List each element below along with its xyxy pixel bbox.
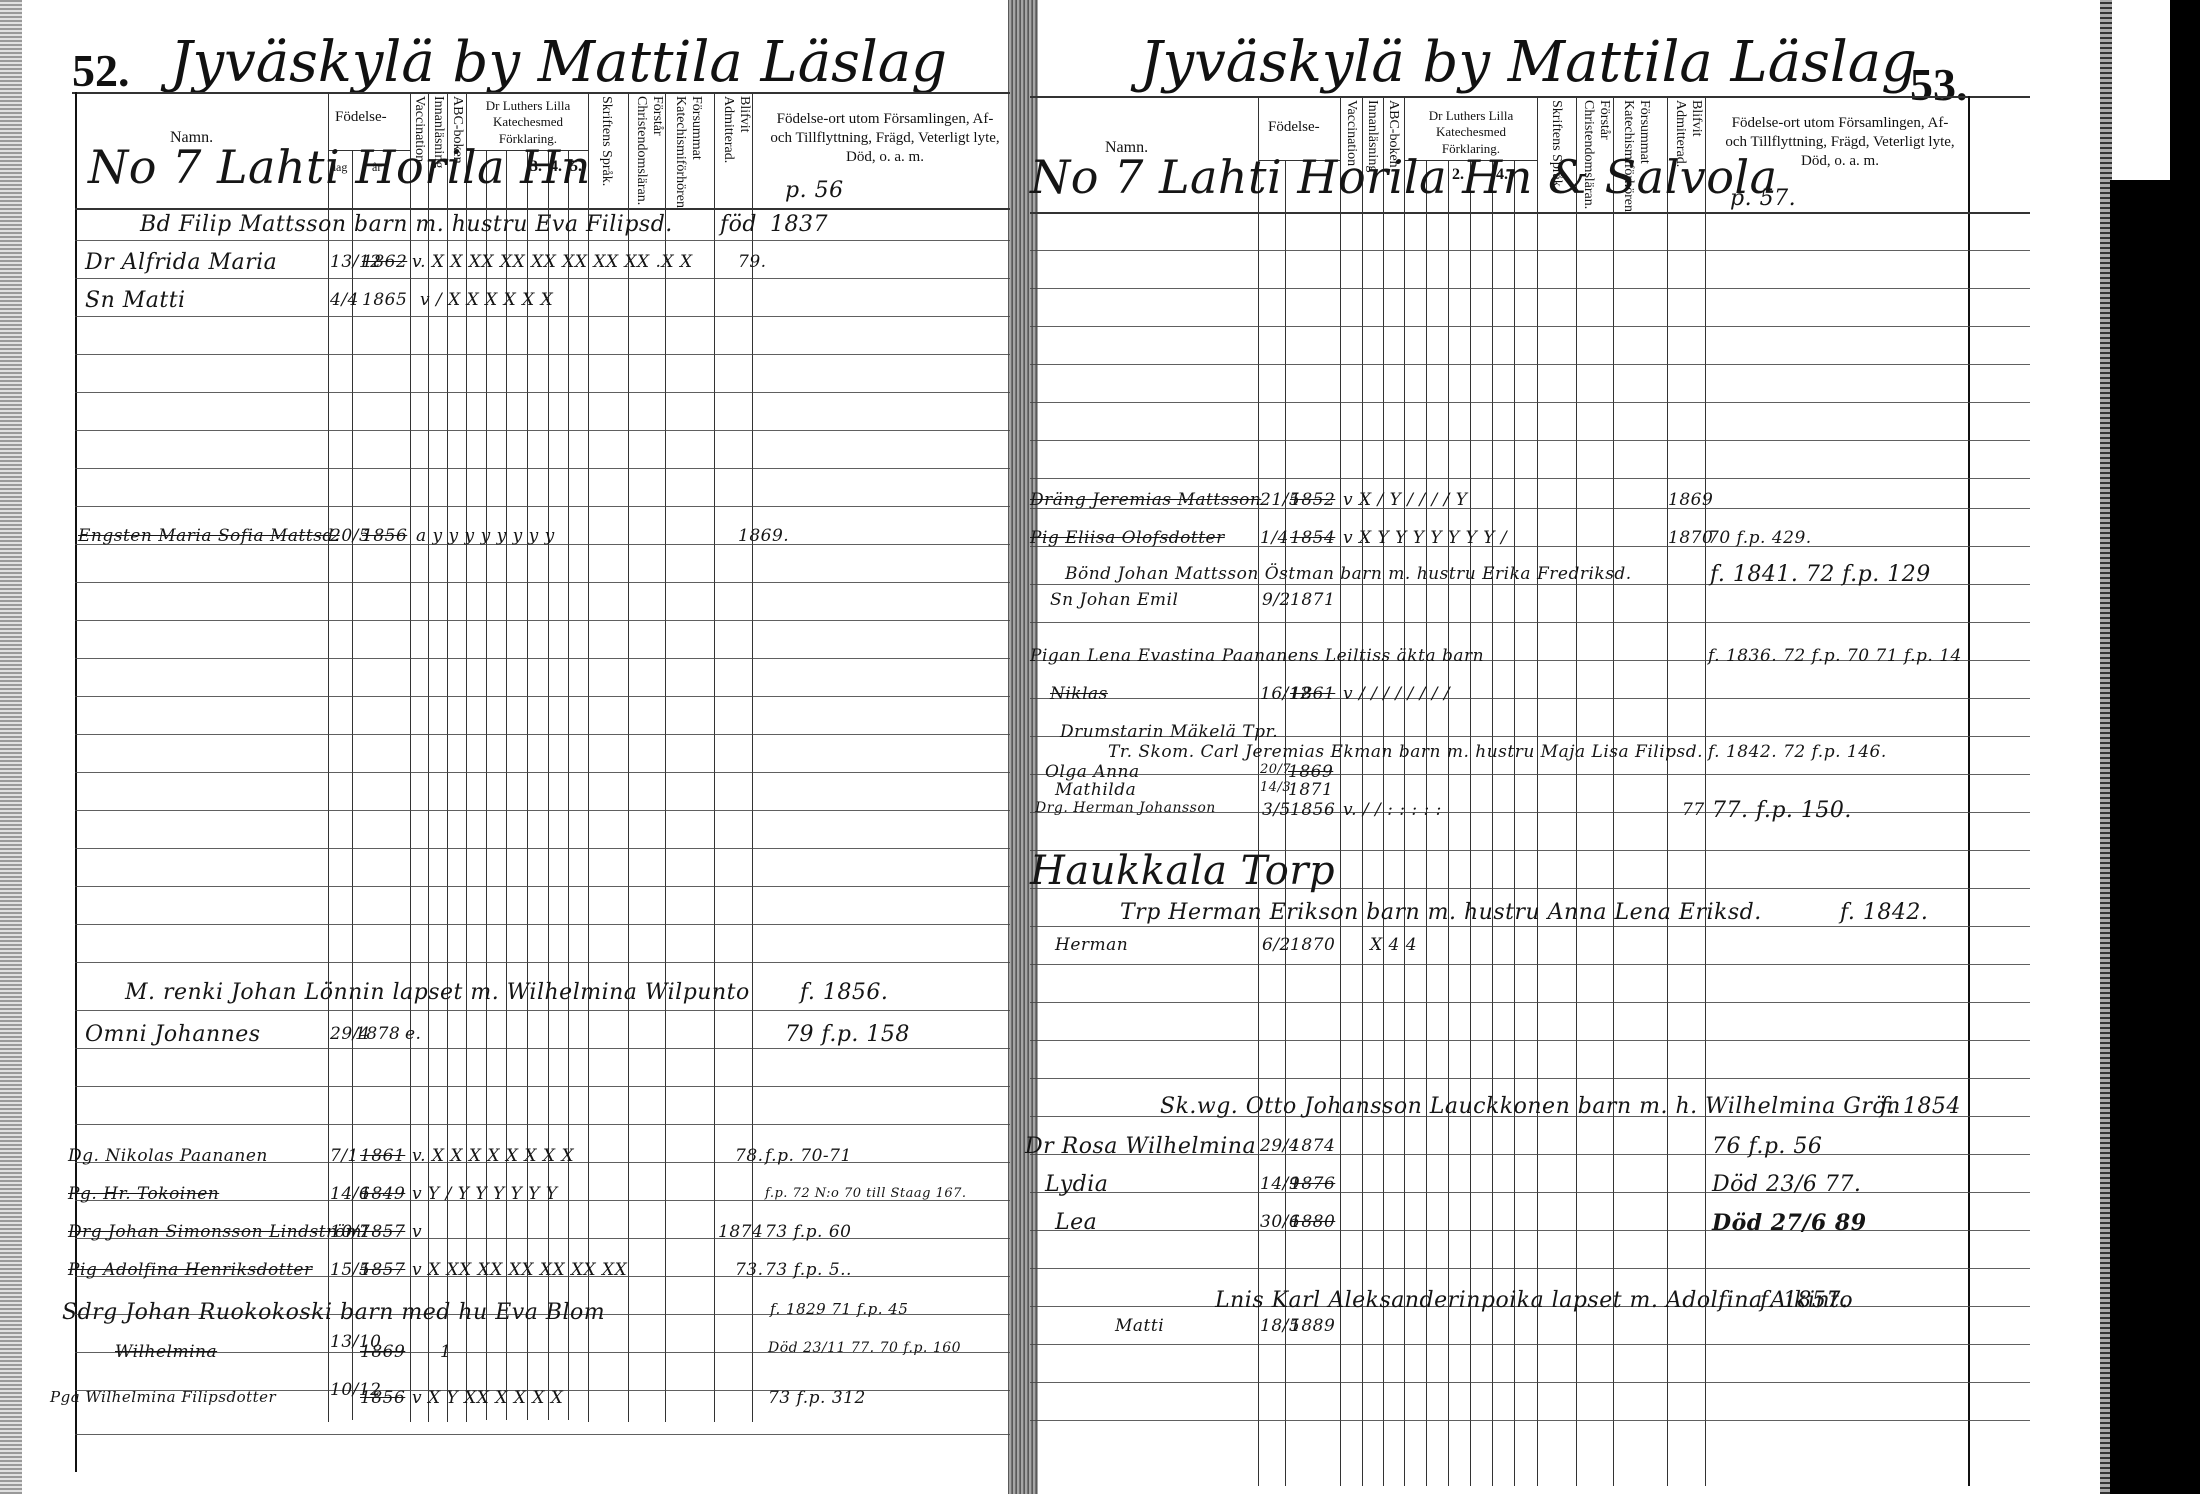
entry-admitted: 77 — [1682, 800, 1705, 820]
entry-notes: Död 27/6 89 — [1712, 1210, 1867, 1236]
entry-birth-year: 1869 — [1288, 762, 1333, 782]
page-title-left: Jyväskylä by Mattila Läslag — [170, 30, 947, 95]
col-sep — [1613, 96, 1614, 1486]
row-line — [1030, 698, 2030, 699]
entry-birth-year: 1861 — [1290, 684, 1335, 704]
col-sep — [1340, 96, 1341, 1486]
entry-birth-year: 1849 — [360, 1184, 405, 1204]
entry-admitted: 79. — [738, 252, 767, 272]
entry-name: Lydia — [1045, 1172, 1108, 1197]
entry-notes: f. 1842. 72 f.p. 146. — [1708, 742, 1887, 762]
row-line — [1030, 478, 2030, 479]
row-line — [1030, 774, 2030, 775]
col-sep — [548, 150, 549, 1420]
title-rule-left — [72, 92, 1010, 94]
household-heading-right: No 7 Lahti Horila Hn & Salvola — [1030, 150, 1778, 204]
entry-name: Dg. Nikolas Paananen — [68, 1146, 268, 1166]
entry-notes: 77. f.p. 150. — [1712, 798, 1852, 823]
col-sep — [1258, 96, 1259, 1486]
entry-notes: f. 1841. 72 f.p. 129 — [1710, 562, 1931, 587]
row-line — [75, 1086, 1010, 1087]
scan-background-edge — [2170, 0, 2200, 1494]
entry-notes: f. 1854 — [1880, 1094, 1961, 1119]
entry-name: M. renki Johan Lönnin lapset m. Wilhelmi… — [125, 980, 750, 1005]
entry-birth-year: 1852 — [1290, 490, 1335, 510]
row-line — [75, 886, 1010, 887]
entry-name: Lea — [1055, 1210, 1097, 1235]
entry-name: Drg. Herman Johansson — [1035, 800, 1216, 816]
row-line — [1030, 440, 2030, 441]
row-line — [75, 772, 1010, 773]
entry-admitted: 1869 — [1668, 490, 1713, 510]
entry-name: Dr Rosa Wilhelmina — [1025, 1134, 1256, 1159]
col-sep — [665, 92, 666, 1422]
entry-notes: 76 f.p. 56 — [1712, 1134, 1822, 1159]
entry-admitted: föd — [720, 212, 757, 237]
entry-marks: v. X X XX XX XX XX XX XX .X X — [412, 252, 693, 272]
entry-birth-year: 1857 — [360, 1222, 405, 1242]
entry-birth-year: 1869 — [360, 1342, 405, 1362]
col-sep — [628, 92, 629, 1422]
entry-name: Mathilda — [1055, 780, 1136, 800]
row-line — [75, 924, 1010, 925]
row-line — [1030, 364, 2030, 365]
entry-birth-day: 14/3 — [1260, 780, 1291, 795]
page-number-right: 53. — [1910, 58, 1968, 111]
entry-birth-year: 1857 — [360, 1260, 405, 1280]
col-sep — [588, 92, 589, 1422]
entry-notes: 70 f.p. 429. — [1708, 528, 1812, 548]
entry-birth-year: 1854 — [1290, 528, 1335, 548]
entry-notes: 73 f.p. 60 — [765, 1222, 851, 1242]
col-sep — [1667, 96, 1668, 1486]
book-gutter — [1008, 0, 1038, 1494]
col-sep — [1362, 96, 1363, 1486]
row-line — [75, 1010, 1010, 1011]
entry-notes: f. 1842. — [1840, 900, 1928, 925]
entry-name: Sn Matti — [85, 288, 186, 313]
entry-marks: v. X X X X X X X X — [412, 1146, 574, 1166]
row-line — [75, 506, 1010, 507]
row-line — [1030, 964, 2030, 965]
entry-name: Bd Filip Mattsson barn m. hustru Eva Fil… — [140, 212, 673, 237]
entry-birth-year: 1874 — [1290, 1136, 1335, 1156]
row-line — [1030, 1382, 2030, 1383]
scan-edge-left — [0, 0, 22, 1494]
entry-admitted: 1870 — [1668, 528, 1713, 548]
col-sep — [527, 150, 528, 1420]
entry-name: Dräng Jeremias Mattsson — [1030, 490, 1261, 510]
row-line — [75, 734, 1010, 735]
entry-marks: a y y y y y y y y — [416, 526, 555, 546]
row-line — [75, 430, 1010, 431]
entry-name: Engsten Maria Sofia Mattsd. — [78, 526, 340, 546]
entry-notes: f. 1836. 72 f.p. 70 71 f.p. 14 — [1708, 646, 1962, 666]
entry-name: Lnis Karl Aleksanderinpoika lapset m. Ad… — [1215, 1288, 1853, 1313]
entry-birth-year: 1889 — [1290, 1316, 1335, 1336]
entry-name: Pg. Hr. Tokoinen — [68, 1184, 219, 1204]
row-line — [75, 848, 1010, 849]
header-bottom-rule-left — [75, 208, 1010, 210]
entry-name: Matti — [1115, 1316, 1164, 1336]
row-line — [75, 316, 1010, 317]
entry-birth-year: 1871 — [1290, 590, 1335, 610]
entry-name: Herman — [1055, 935, 1128, 955]
entry-marks: v / X X X X X X — [420, 290, 553, 310]
row-line — [1030, 1420, 2030, 1421]
header-understands: Förstår Christendomsläran. — [633, 96, 665, 206]
entry-notes: 73 f.p. 312 — [768, 1388, 866, 1408]
entry-birth-year: 1880 — [1290, 1212, 1335, 1232]
household-heading-left: No 7 Lahti Horila Hn — [88, 140, 591, 194]
col-sep — [1705, 96, 1706, 1486]
entry-birth-day: 7/1 — [330, 1146, 359, 1166]
entry-notes: Död 23/11 77. 70 f.p. 160 — [768, 1340, 961, 1356]
header-missed: Försummat Katechismiförhören — [672, 96, 704, 206]
row-line — [1030, 1002, 2030, 1003]
row-line — [75, 468, 1010, 469]
entry-name: Sk.wg. Otto Johansson Lauckkonen barn m.… — [1160, 1094, 1901, 1119]
col-sep — [506, 150, 507, 1420]
frame-right — [1968, 96, 1970, 1486]
row-line — [75, 354, 1010, 355]
entry-birth-year: 1856 — [1290, 800, 1335, 820]
entry-marks: v X Y XX X X X X — [412, 1388, 563, 1408]
entry-birth-year: 1871 — [1288, 780, 1333, 800]
page-number-left: 52. — [72, 44, 130, 97]
row-line — [1030, 402, 2030, 403]
entry-marks: e. — [405, 1024, 421, 1044]
entry-name: Tr. Skom. Carl Jeremias Ekman barn m. hu… — [1108, 742, 1703, 762]
entry-marks: v Y / Y Y Y Y Y Y — [412, 1184, 558, 1204]
entry-birth-day: 20/7 — [1260, 762, 1291, 777]
header-birth: Födelse- — [335, 108, 387, 127]
entry-marks: X 4 4 — [1370, 935, 1417, 955]
row-line — [75, 658, 1010, 659]
entry-notes: 79 f.p. 158 — [785, 1022, 910, 1047]
entry-marks: 1 — [440, 1342, 451, 1362]
entry-name: Sn Johan Emil — [1050, 590, 1178, 610]
row-line — [75, 696, 1010, 697]
entry-birth-year: 1861 — [360, 1146, 405, 1166]
entry-birth-year: 1876 — [1290, 1174, 1335, 1194]
entry-marks: v X / Y / / / / Y — [1343, 490, 1468, 510]
col-sep — [568, 150, 569, 1420]
entry-name: Olga Anna — [1045, 762, 1140, 782]
row-line — [1030, 1344, 2030, 1345]
row-line — [1030, 288, 2030, 289]
section-heading-haukkala: Haukkala Torp — [1030, 848, 1335, 894]
entry-birth-year: 1856 — [360, 1388, 405, 1408]
row-line — [75, 1124, 1010, 1125]
row-line — [1030, 1040, 2030, 1041]
entry-birth-year: 1856 — [362, 526, 407, 546]
row-line — [75, 240, 1010, 241]
entry-notes: Död 23/6 77. — [1712, 1172, 1861, 1197]
row-line — [1030, 622, 2030, 623]
row-line — [75, 1434, 1010, 1435]
scan-background-right — [2110, 180, 2170, 1494]
row-line — [1030, 1230, 2030, 1231]
entry-name: Omni Johannes — [85, 1022, 261, 1047]
header-bottom-rule-right — [1030, 212, 2030, 214]
header-birth: Födelse- — [1268, 118, 1320, 137]
entry-birth-year: 1870 — [1290, 935, 1335, 955]
col-sep — [1404, 96, 1405, 1486]
header-scripture: Skriftens Språk. — [598, 96, 614, 186]
row-line — [75, 810, 1010, 811]
entry-notes: f. 1829 71 f.p. 45 — [770, 1300, 908, 1318]
col-sep — [1383, 96, 1384, 1486]
header-admitted: Blifvit Admitterad. — [720, 96, 752, 196]
entry-birth-day: 9/2 — [1262, 590, 1291, 610]
entry-name: Sdrg Johan Ruokokoski barn med hu Eva Bl… — [62, 1300, 605, 1325]
entry-name: Pigan Lena Evastina Paananens Leiltiss ä… — [1030, 646, 1484, 666]
entry-admitted: 73. — [735, 1260, 764, 1280]
page-title-right: Jyväskylä by Mattila Läslag — [1140, 30, 1917, 95]
title-rule-right — [1030, 96, 2030, 98]
page-ref-left: p. 56 — [785, 178, 844, 203]
row-line — [75, 392, 1010, 393]
row-line — [1030, 326, 2030, 327]
entry-admitted: 1874 — [718, 1222, 763, 1242]
entry-birth-day: 1/4 — [1260, 528, 1289, 548]
page-ref-right: p. 57. — [1730, 186, 1796, 211]
row-line — [1030, 1192, 2030, 1193]
entry-notes: 73 f.p. 5.. — [765, 1260, 852, 1280]
entry-notes: f.p. 70-71 — [765, 1146, 852, 1166]
entry-name: Dr Alfrida Maria — [85, 250, 277, 275]
entry-notes: f.p. 72 N:o 70 till Staag 167. — [765, 1186, 967, 1201]
entry-name: Drg Johan Simonsson Lindström — [68, 1222, 362, 1242]
row-line — [1030, 1268, 2030, 1269]
entry-notes: f. 1857. — [1760, 1288, 1848, 1313]
row-line — [1030, 1078, 2030, 1079]
entry-name: Pig Eliisa Olofsdotter — [1030, 528, 1225, 548]
row-line — [75, 582, 1010, 583]
col-sep — [1537, 96, 1538, 1486]
row-line — [75, 278, 1010, 279]
entry-name: Pig Adolfina Henriksdotter — [68, 1260, 313, 1280]
entry-marks: v. / / : : : : : — [1343, 800, 1442, 820]
entry-birth-day: 4/4 — [330, 290, 359, 310]
row-line — [75, 620, 1010, 621]
entry-birth-year: 1865 — [362, 290, 407, 310]
col-sep — [1576, 96, 1577, 1486]
entry-birth-year: 1878 — [355, 1024, 400, 1044]
entry-marks: v X Y Y Y Y Y Y Y / — [1343, 528, 1507, 548]
entry-marks: v — [412, 1222, 422, 1242]
entry-birth-year: 1862 — [362, 252, 407, 272]
row-line — [75, 1048, 1010, 1049]
entry-name: Pga Wilhelmina Filipsdotter — [50, 1388, 276, 1406]
entry-name: Drumstarin Mäkelä Tpr. — [1060, 722, 1278, 742]
col-sep — [410, 92, 411, 1422]
entry-marks: v / / / / / / / / — [1343, 684, 1450, 704]
entry-birth-day: 3/5 — [1262, 800, 1291, 820]
col-sep — [486, 150, 487, 1420]
col-sep — [714, 92, 715, 1422]
entry-notes: f. 1856. — [800, 980, 888, 1005]
entry-name: Trp Herman Erikson barn m. hustru Anna L… — [1120, 900, 1762, 925]
entry-admitted: 1869. — [738, 526, 789, 546]
entry-name: Bönd Johan Mattsson Östman barn m. hustr… — [1065, 564, 1632, 584]
entry-admitted: 78. — [735, 1146, 764, 1166]
entry-marks: v X XX XX XX XX XX XX — [412, 1260, 627, 1280]
header-notes: Födelse-ort utom Församlingen, Af- och T… — [770, 110, 1000, 166]
row-line — [1030, 250, 2030, 251]
entry-birth-day: 6/2 — [1262, 935, 1291, 955]
entry-notes: 1837 — [770, 212, 828, 237]
entry-name: Niklas — [1050, 684, 1108, 704]
entry-name: Wilhelmina — [115, 1342, 217, 1362]
row-line — [1030, 926, 2030, 927]
row-line — [75, 962, 1010, 963]
